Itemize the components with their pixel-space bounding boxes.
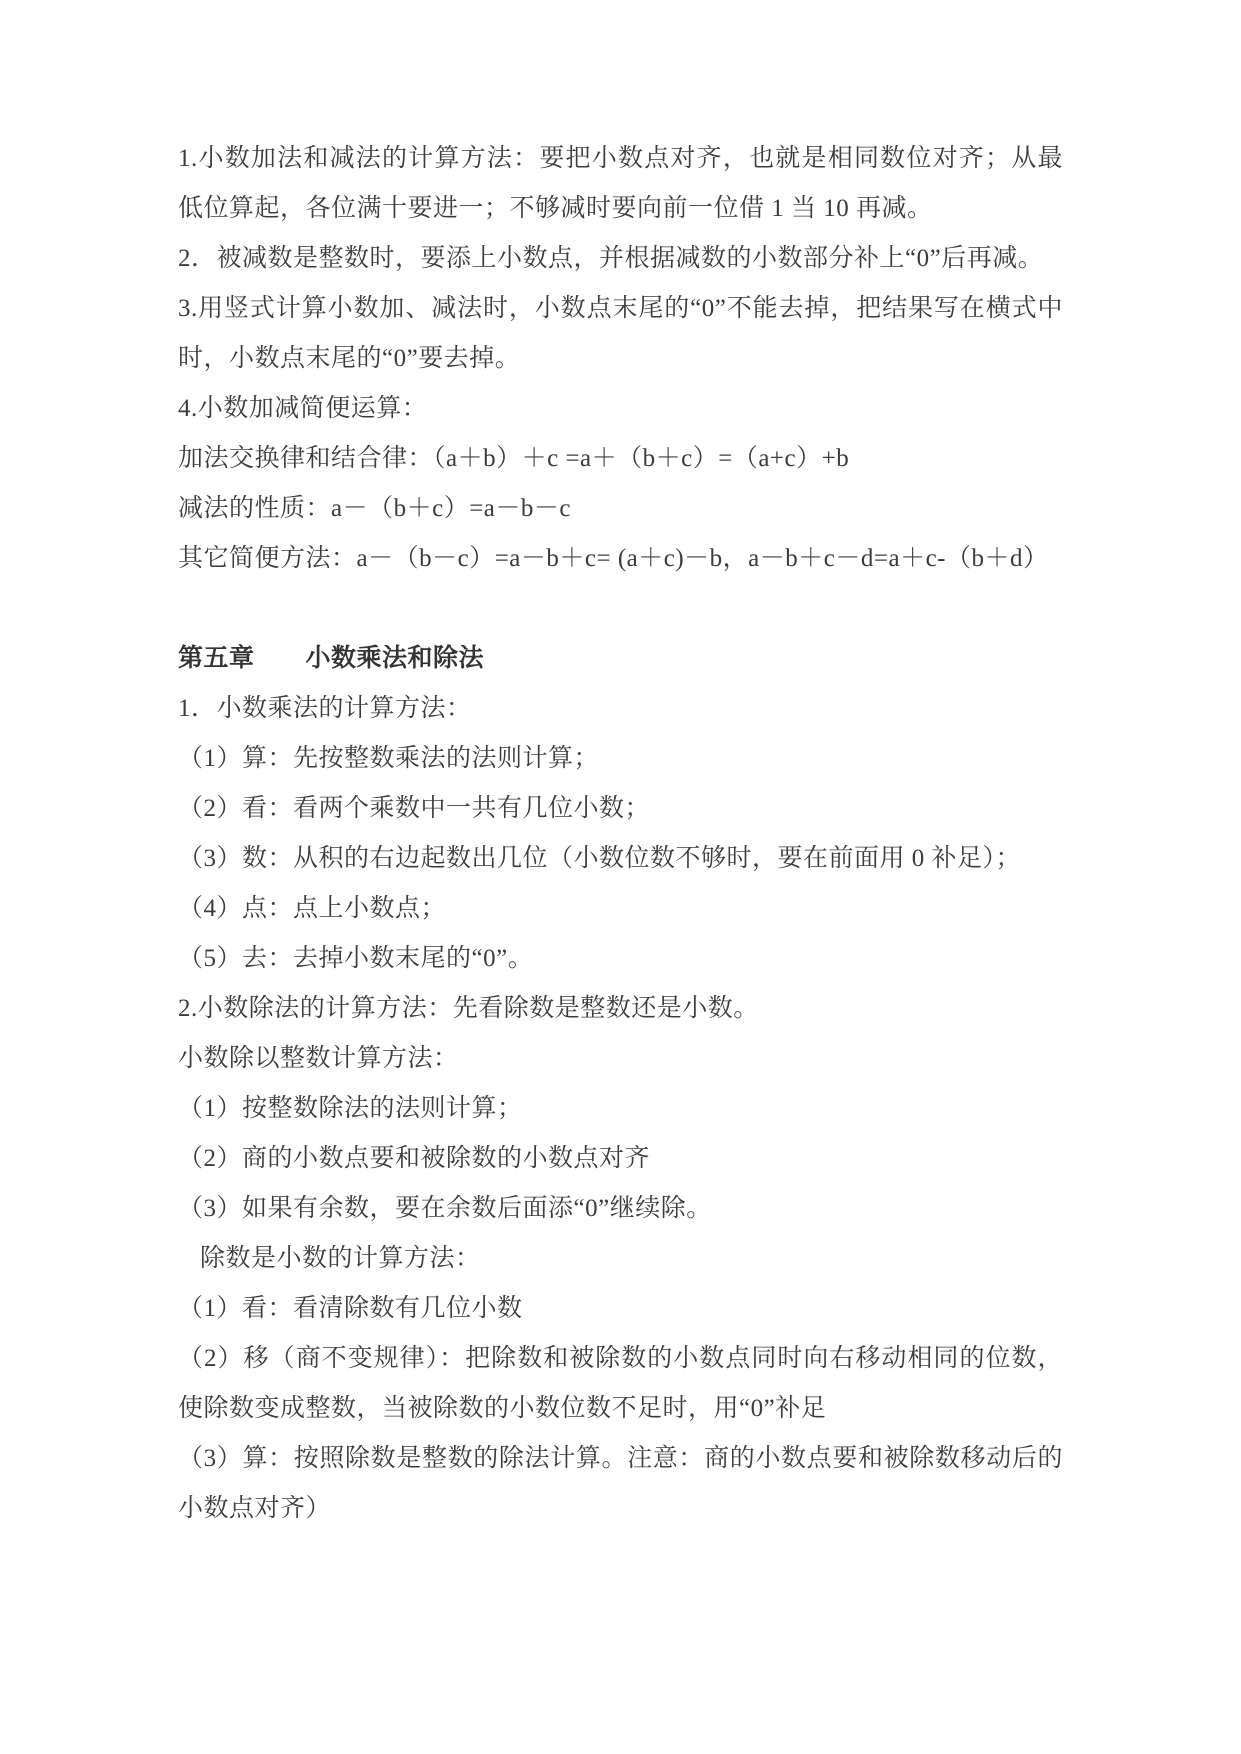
- paragraph: （2）移（商不变规律）：把除数和被除数的小数点同时向右移动相同的位数，使除数变成…: [178, 1334, 1063, 1434]
- paragraph: 2．被减数是整数时，要添上小数点，并根据减数的小数部分补上“0”后再减。: [178, 234, 1063, 284]
- paragraph: （3）如果有余数，要在余数后面添“0”继续除。: [178, 1184, 1063, 1234]
- paragraph: 4.小数加减简便运算：: [178, 384, 1063, 434]
- paragraph: 2.小数除法的计算方法：先看除数是整数还是小数。: [178, 984, 1063, 1034]
- paragraph: 除数是小数的计算方法：: [178, 1234, 1063, 1284]
- paragraph: 1．小数乘法的计算方法：: [178, 684, 1063, 734]
- paragraph: （3）算：按照除数是整数的除法计算。注意：商的小数点要和被除数移动后的小数点对齐…: [178, 1434, 1063, 1534]
- paragraph: （2）商的小数点要和被除数的小数点对齐: [178, 1134, 1063, 1184]
- paragraph: （1）算：先按整数乘法的法则计算；: [178, 734, 1063, 784]
- paragraph: （5）去：去掉小数末尾的“0”。: [178, 934, 1063, 984]
- paragraph: 3.用竖式计算小数加、减法时，小数点末尾的“0”不能去掉，把结果写在横式中时，小…: [178, 284, 1063, 384]
- paragraph: （3）数：从积的右边起数出几位（小数位数不够时，要在前面用 0 补足）；: [178, 834, 1063, 884]
- paragraph: （1）看：看清除数有几位小数: [178, 1284, 1063, 1334]
- paragraph: 其它简便方法：a－（b－c）=a－b＋c= (a＋c)－b，a－b＋c－d=a＋…: [178, 534, 1063, 584]
- section-heading: 第五章 小数乘法和除法: [178, 634, 1063, 684]
- paragraph: 加法交换律和结合律：（a＋b）＋c =a＋（b＋c）=（a+c）+b: [178, 434, 1063, 484]
- paragraph: 小数除以整数计算方法：: [178, 1034, 1063, 1084]
- paragraph: （4）点：点上小数点；: [178, 884, 1063, 934]
- paragraph: 1.小数加法和减法的计算方法：要把小数点对齐，也就是相同数位对齐；从最低位算起，…: [178, 134, 1063, 234]
- document-page: 1.小数加法和减法的计算方法：要把小数点对齐，也就是相同数位对齐；从最低位算起，…: [0, 0, 1241, 1754]
- paragraph: 减法的性质：a－（b＋c）=a－b－c: [178, 484, 1063, 534]
- document-content: 1.小数加法和减法的计算方法：要把小数点对齐，也就是相同数位对齐；从最低位算起，…: [178, 134, 1063, 1534]
- paragraph: （2）看：看两个乘数中一共有几位小数；: [178, 784, 1063, 834]
- paragraph: （1）按整数除法的法则计算；: [178, 1084, 1063, 1134]
